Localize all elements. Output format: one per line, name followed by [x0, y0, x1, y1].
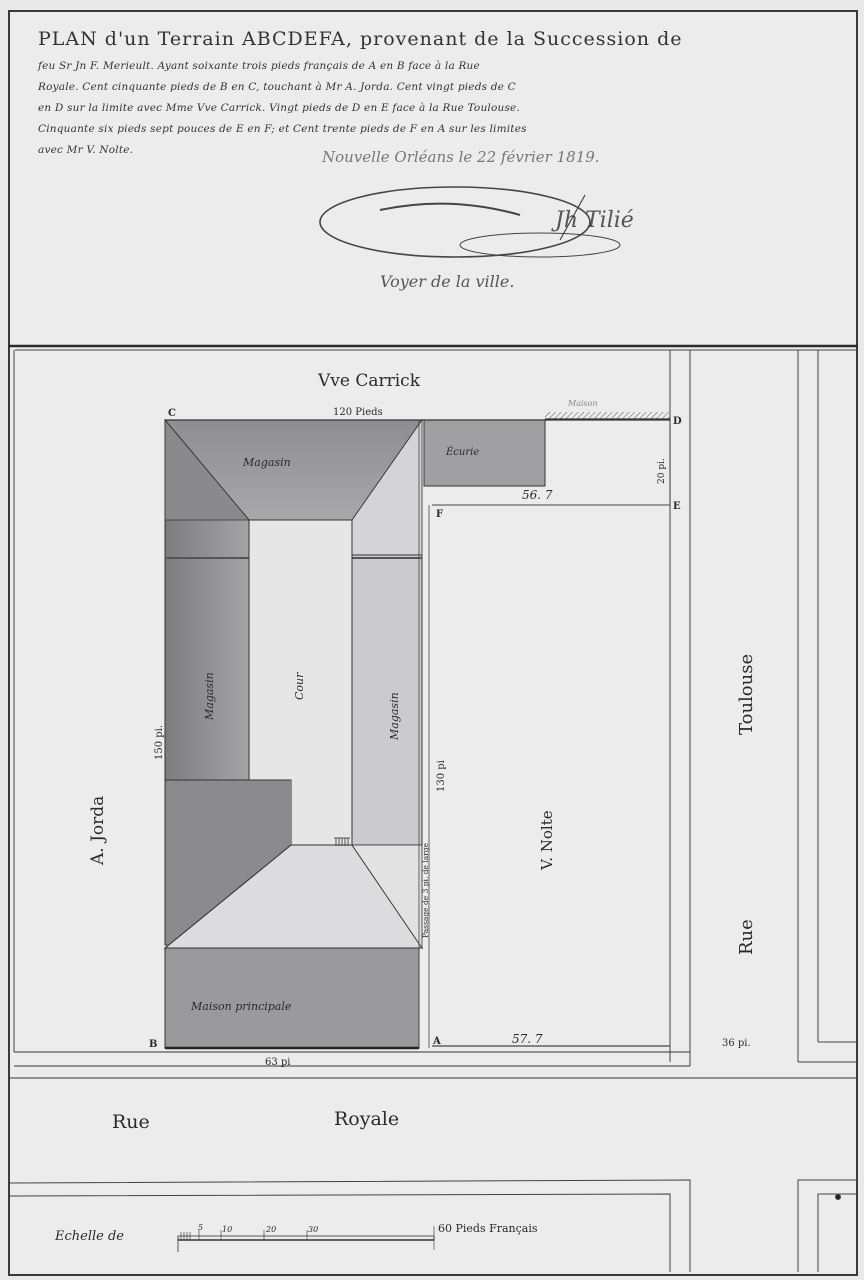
label-ecurie: Écurie	[445, 446, 479, 458]
dim-ab: 63 pi	[265, 1057, 291, 1068]
magasin-right	[352, 555, 422, 845]
label-jorda: A. Jorda	[88, 796, 108, 866]
corner-e: E	[673, 501, 681, 512]
scale-label-left: Echelle de	[54, 1229, 124, 1244]
label-nolte: V. Nolte	[538, 810, 556, 871]
ecurie	[424, 420, 545, 486]
corner-f: F	[436, 509, 443, 520]
plan-drawing: C D E F B A 120 Pieds 56. 7 63 pi 57. 7 …	[0, 0, 864, 1280]
signature-flourish	[320, 187, 620, 257]
lot-boundaries	[8, 1052, 858, 1078]
label-rue-toulouse: Rue	[736, 919, 757, 955]
scale-tick-5: 5	[198, 1223, 203, 1232]
passage-label: Passage de 3 pi. de large	[421, 842, 430, 938]
maison-principale	[165, 948, 419, 1048]
label-rue-royale-1: Rue	[112, 1111, 150, 1133]
dim-ef: 56. 7	[522, 488, 553, 502]
dim-de: 20 pi.	[657, 458, 667, 484]
scale-tick-20: 20	[265, 1225, 276, 1234]
label-maison-principale: Maison principale	[190, 1000, 292, 1013]
stair-icon	[334, 838, 350, 846]
label-magasin-right: Magasin	[388, 692, 401, 741]
dim-bc: 150 pi.	[154, 725, 165, 760]
corner-a: A	[432, 1036, 441, 1047]
corner-b: B	[149, 1039, 157, 1050]
dim-fa: 130 pi	[436, 760, 447, 792]
scale-label-right: 60 Pieds Français	[438, 1222, 538, 1235]
label-toulouse: Toulouse	[736, 654, 757, 735]
label-magasin-left: Magasin	[203, 672, 216, 721]
scale-tick-30: 30	[308, 1225, 318, 1234]
dim-a-bottom: 57. 7	[512, 1032, 543, 1046]
corner-c: C	[168, 408, 176, 419]
property-buildings	[165, 412, 670, 1048]
corner-d: D	[673, 416, 682, 427]
dim-street-width: 36 pi.	[722, 1038, 751, 1049]
label-rue-royale-2: Royale	[334, 1108, 399, 1130]
scale-bar: Echelle de 5 10 20 30 60 Pieds Français	[54, 1222, 538, 1252]
label-carrick: Vve Carrick	[317, 371, 421, 391]
rue-toulouse-lines	[670, 350, 858, 1066]
label-maison-neighbor: Maison	[567, 399, 598, 408]
label-cour: Cour	[293, 672, 306, 700]
dim-cd: 120 Pieds	[333, 407, 383, 418]
scale-tick-10: 10	[222, 1225, 232, 1234]
label-magasin-top: Magasin	[242, 456, 291, 469]
